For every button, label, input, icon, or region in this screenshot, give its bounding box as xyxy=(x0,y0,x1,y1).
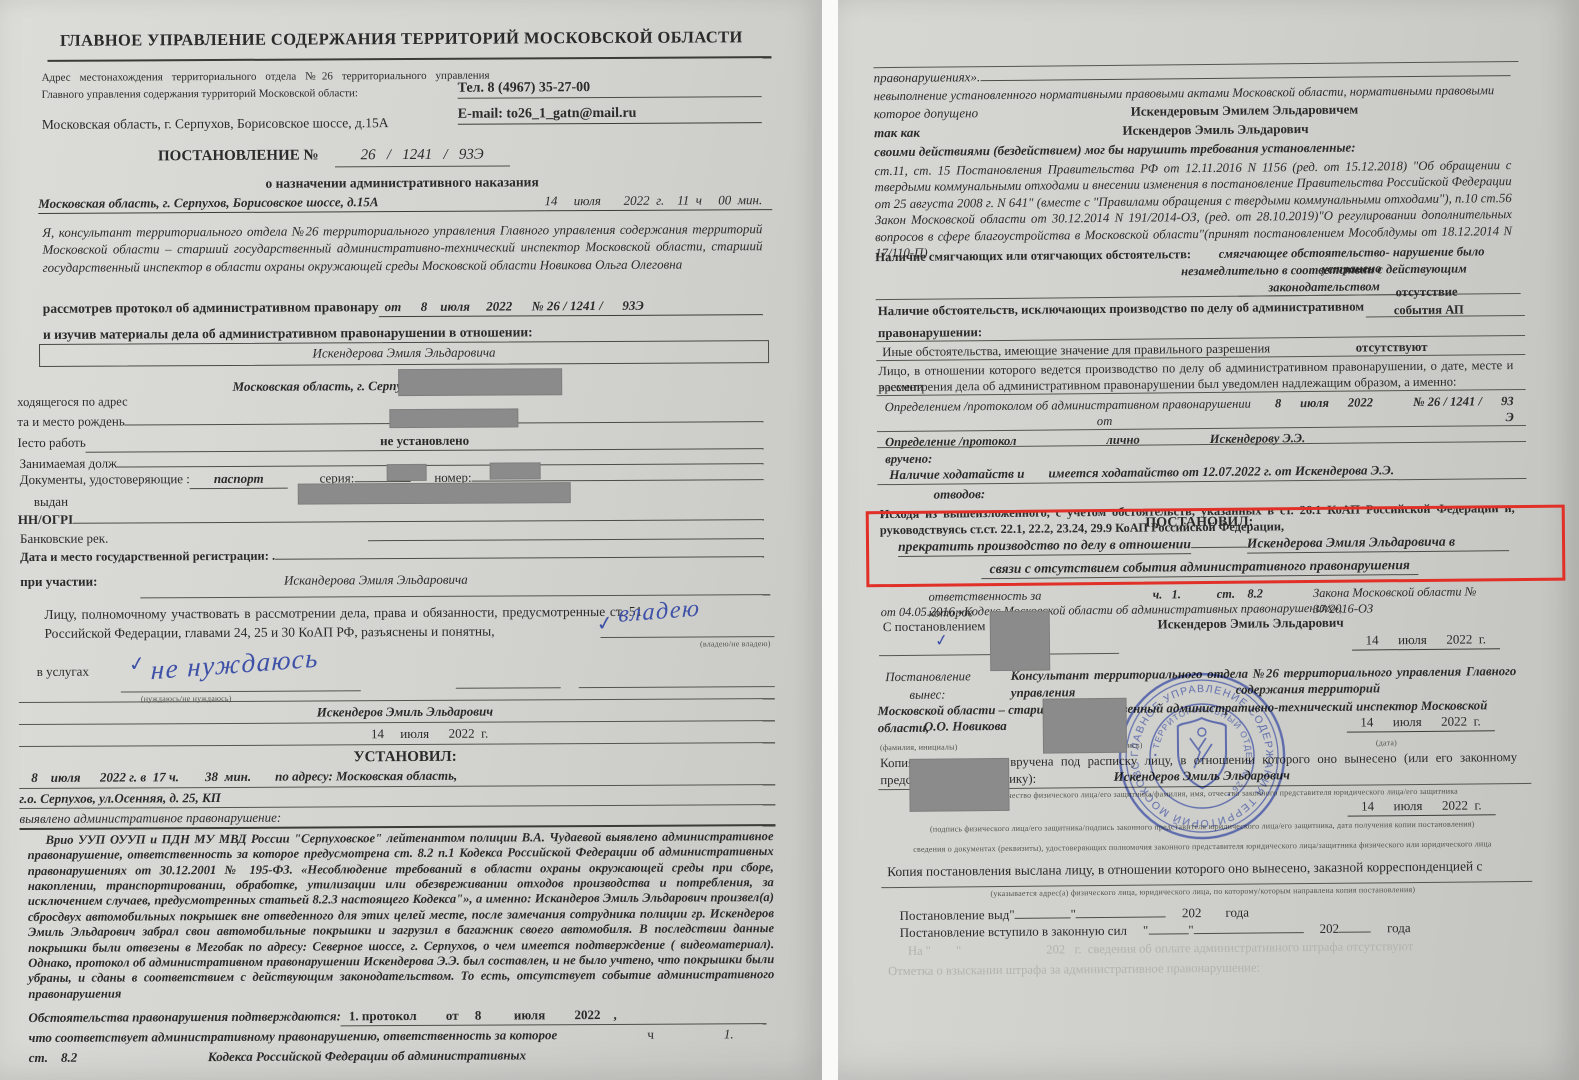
excluding-label: Наличие обстоятельств, исключающих произ… xyxy=(878,298,1364,319)
caption-date: (дата) xyxy=(1376,738,1397,749)
datetime-value: 14 июля 2022 г. 11 ч 00 мин. xyxy=(544,192,772,211)
page-left-content: ГЛАВНОЕ УПРАВЛЕНИЕ СОДЕРЖАНИЯ ТЕРРИТОРИЙ… xyxy=(0,0,822,1080)
circumstances-row: Обстоятельства правонарушения подтвержда… xyxy=(28,1006,766,1028)
blank-line xyxy=(117,463,764,467)
form-row-work: Іесто работь не установлено xyxy=(17,431,763,453)
documents-label: Документы, удостоверяющие : xyxy=(20,471,190,489)
reviewed-label: рассмотрев протокол об административном … xyxy=(43,298,379,317)
sent-caption: (указывается адрес(а) физического лица, … xyxy=(990,885,1415,899)
issued-label: выдан xyxy=(34,494,68,511)
redaction-box xyxy=(388,465,426,480)
document-page-left: ГЛАВНОЕ УПРАВЛЕНИЕ СОДЕРЖАНИЯ ТЕРРИТОРИЙ… xyxy=(0,0,822,1080)
petition-label2: отводов: xyxy=(933,486,985,503)
year-202: 202 xyxy=(1182,905,1202,922)
form-row-registration: Дата и место государственной регистрации… xyxy=(20,545,764,565)
office-address-label: Адрес местонахождения территориального о… xyxy=(42,68,490,103)
blank-line xyxy=(456,687,561,689)
article-number: ст. 8.2 xyxy=(29,1050,78,1067)
spacer xyxy=(657,1058,767,1059)
rights-paragraph: Лицу, полномочному участвовать в рассмот… xyxy=(44,603,642,644)
redaction-box xyxy=(491,463,540,478)
incident-where2: г.о. Серпухов, ул.Осенняя, д. 25, КП xyxy=(19,790,221,808)
services-caption-text: (нуждаюсь/не нуждаюсь) xyxy=(141,694,232,705)
actions-text: своими действиями (бездействием) мог бы … xyxy=(874,140,1355,162)
header-rule xyxy=(47,56,771,62)
quote-mark: " xyxy=(1188,922,1193,939)
issuer-label2: вынес: xyxy=(909,687,945,704)
position-label: Занимаемая долж xyxy=(20,456,118,473)
participation-value: Искандерова Эмиля Эльдаровича xyxy=(97,571,654,591)
reviewed-value: от 8 июля 2022 № 26 / 1241 / 93Э xyxy=(379,297,763,317)
incident-when: 8 июля 2022 г. в 17 ч. 38 мин. xyxy=(31,769,251,787)
participation-label: при участии: xyxy=(20,574,97,591)
quote-mark: " xyxy=(1143,923,1148,940)
resolution-title-row: ПОСТАНОВЛЕНИЕ № 26 / 1241 / 93Э xyxy=(158,144,762,168)
allowed-label: которое допущено xyxy=(874,105,978,123)
blank-line xyxy=(368,538,764,541)
subject-name: Искендерова Эмиля Эльдаровича xyxy=(39,340,769,367)
inn-label: НН/ОГРІ xyxy=(18,512,73,529)
office-address-label-text: Адрес местонахождения территориального о… xyxy=(42,68,490,103)
spacer xyxy=(1191,547,1247,549)
blank-line xyxy=(579,686,775,688)
participation-row: при участии: Искандерова Эмиля Эльдарови… xyxy=(20,570,764,591)
phone-value: Тел. 8 (4967) 35-27-00 xyxy=(458,78,762,99)
handwritten-checkmark: ✓ xyxy=(595,610,615,637)
handwritten-checkmark: ✓ xyxy=(127,650,147,677)
blank-line xyxy=(1076,916,1166,918)
redaction-box xyxy=(390,409,517,427)
resolved-text1: прекратить производство по делу в отноше… xyxy=(898,535,1191,556)
email-value: E-mail: to26_1_gatn@mail.ru xyxy=(458,104,762,125)
series-blank xyxy=(354,481,410,482)
part-number: 1. xyxy=(724,1026,734,1043)
number-blank xyxy=(472,479,764,482)
blank-line xyxy=(1339,931,1371,932)
blank-line xyxy=(73,519,764,524)
part-label: ч xyxy=(647,1027,654,1044)
quote-mark: " xyxy=(1071,906,1076,923)
copy-date: 14 июля 2022 г. xyxy=(1347,797,1496,816)
form-row-inn: НН/ОГРІ xyxy=(18,508,764,529)
faint-note2-text: Отметка о взыскании штрафа за администра… xyxy=(888,960,1260,980)
declarant-name: Искендеров Эмиль Эльдарович xyxy=(317,704,494,722)
resolved-text1b: Искендерова Эмиля Эльдаровича в xyxy=(1247,532,1509,553)
page-title-text: ГЛАВНОЕ УПРАВЛЕНИЕ СОДЕРЖАНИЯ ТЕРРИТОРИЙ… xyxy=(60,26,743,51)
allowed-value: Искендеровым Эмилем Эльдаровичем xyxy=(978,100,1511,122)
declarant-date-row: 14 июля 2022 г. xyxy=(371,724,765,743)
determination-date: 8 июля 2022 xyxy=(1275,394,1373,411)
determination-number2: 93 xyxy=(1501,393,1514,409)
inspector-intro: Я, консультант территориального отдела №… xyxy=(42,220,762,276)
case-body-paragraph: Врио УУП ОУУП и ПДН МУ МВД России "Серпу… xyxy=(28,829,775,1002)
blank-line xyxy=(1194,932,1304,934)
because-label: так как xyxy=(874,125,920,142)
issuer-label: Постановление xyxy=(885,668,971,685)
inspector-intro-text: Я, консультант территориального отдела №… xyxy=(42,220,762,276)
declarant-row: Искендеров Эмиль Эльдарович xyxy=(45,702,765,723)
resolution-number: 26 / 1241 / 93Э xyxy=(335,145,510,166)
document-type-value: паспорт xyxy=(190,471,288,489)
spacer xyxy=(1072,599,1153,600)
handwriting-vladeyu: владею xyxy=(618,596,701,629)
liability-part: ч. 1. xyxy=(1153,586,1181,602)
place-date-row: Московская область, г. Серпухов, Борисов… xyxy=(38,192,772,214)
faint-note1-text: На " " 202 г. сведения об оплате админис… xyxy=(908,938,1413,959)
rights-text: Лицу, полномочному участвовать в рассмот… xyxy=(44,603,642,644)
spacer xyxy=(258,541,368,542)
protocol-label2: вручено: xyxy=(885,451,932,468)
year-word: года xyxy=(1387,920,1411,937)
article-row: ст. 8.2 Кодекса Российской Федерации об … xyxy=(29,1046,767,1067)
rights-caption-text: (владею/не владею) xyxy=(700,639,771,650)
blank-line xyxy=(1015,917,1071,919)
bank-label: Банковские рек. xyxy=(20,531,108,548)
official-round-stamp: ГЛАВНОЕ УПРАВЛЕНИЕ СОДЕРЖАНИЯ ТЕРРИТОРИЙ… xyxy=(1091,645,1313,867)
redaction-box xyxy=(1044,699,1127,753)
carryover-text: правонарушениях». xyxy=(873,69,980,87)
phone-row: Тел. 8 (4967) 35-27-00 xyxy=(458,78,762,99)
circumstances-label: Обстоятельства правонарушения подтвержда… xyxy=(28,1008,340,1027)
birth-label: та и место рождень xyxy=(17,413,124,430)
acquainted-date: 14 июля 2022 г. xyxy=(1351,631,1500,650)
subject-name-box: Искендерова Эмиля Эльдаровича xyxy=(39,340,769,367)
redaction-box xyxy=(299,483,570,503)
spacer xyxy=(654,582,764,583)
spacer xyxy=(1112,421,1505,425)
year-202: 202 xyxy=(1320,921,1340,938)
issued-on-label: Постановление выд" xyxy=(900,907,1015,925)
case-body-text: Врио УУП ОУУП и ПДН МУ МВД России "Серпу… xyxy=(28,829,775,1002)
code-name: Кодекса Российской Федерации об админист… xyxy=(77,1047,657,1067)
faint-note2: Отметка о взыскании штрафа за администра… xyxy=(888,957,1519,979)
work-value: не установлено xyxy=(86,431,764,452)
corresponds-text: что соответствует административному прав… xyxy=(29,1027,558,1047)
page-title: ГЛАВНОЕ УПРАВЛЕНИЕ СОДЕРЖАНИЯ ТЕРРИТОРИЙ… xyxy=(41,26,761,51)
office-address-value-text: Московская область, г. Серпухов, Борисов… xyxy=(42,114,389,133)
scanned-document-photo: ГЛАВНОЕ УПРАВЛЕНИЕ СОДЕРЖАНИЯ ТЕРРИТОРИЙ… xyxy=(0,0,1579,1080)
resolution-subtitle-text: о назначении административного наказания xyxy=(265,173,538,192)
rights-underline xyxy=(601,636,775,638)
determination-from: от xyxy=(1097,413,1113,430)
ustanovil-text: УСТАНОВИЛ: xyxy=(354,748,457,768)
resolved-title: ПОСТАНОВИЛ: xyxy=(1145,514,1253,533)
email-row: E-mail: to26_1_gatn@mail.ru xyxy=(458,104,762,125)
determination-number: № 26 / 1241 / xyxy=(1413,393,1482,410)
caption-name: (фамилия, инициалы) xyxy=(880,742,958,753)
place-value: Московская область, г. Серпухов, Борисов… xyxy=(38,193,544,214)
redaction-box xyxy=(399,369,561,395)
incident-where1: по адресу: Московская область, xyxy=(275,768,457,786)
mitigating-value2: незамедлительно в соответствии с действу… xyxy=(1181,261,1467,280)
registration-label: Дата и место государственной регистрации… xyxy=(20,548,275,566)
redaction-box xyxy=(991,612,1050,671)
corresponds-row: что соответствует административному прав… xyxy=(29,1026,767,1047)
residing-label: ходящегося по адрес xyxy=(17,393,127,410)
reviewed-row: рассмотрев протокол об административном … xyxy=(43,296,763,319)
resolution-subtitle: о назначении административного наказания xyxy=(42,172,762,193)
excluding-label2: правонарушении: xyxy=(878,324,982,342)
petition-label: Наличие ходатайств и xyxy=(889,466,1024,484)
services-label: в услугах xyxy=(37,664,89,681)
issuer-date: 14 июля 2022 г. xyxy=(1346,713,1495,732)
declarant-date: 14 июля 2022 г. xyxy=(371,726,488,744)
blank-line xyxy=(1148,933,1188,934)
blank-line xyxy=(980,75,1510,81)
spacer xyxy=(108,542,258,543)
blank-line xyxy=(275,556,764,560)
work-label: Іесто работь xyxy=(17,435,85,452)
document-page-right: правонарушениях». невыполнение установле… xyxy=(838,0,1579,1080)
year-word: года xyxy=(1225,905,1249,922)
in-force-label: Постановление вступило в законную сил xyxy=(900,923,1127,942)
residing-label-row: ходящегося по адрес xyxy=(17,390,763,410)
studied-label: и изучив материалы дела об административ… xyxy=(43,323,533,343)
resolution-title: ПОСТАНОВЛЕНИЕ № xyxy=(158,146,319,166)
determination-number3: Э xyxy=(1506,409,1514,425)
stamp-emblem xyxy=(1178,718,1227,788)
circumstances-value: 1. протокол от 8 июля 2022 , xyxy=(341,1006,767,1026)
office-address-value: Московская область, г. Серпухов, Борисов… xyxy=(42,114,448,134)
page-right-content: правонарушениях». невыполнение установле… xyxy=(838,0,1579,1080)
revealed-text: выявлено административное правонарушение… xyxy=(19,810,281,828)
services-underline xyxy=(121,690,361,692)
redaction-box xyxy=(910,759,1008,811)
